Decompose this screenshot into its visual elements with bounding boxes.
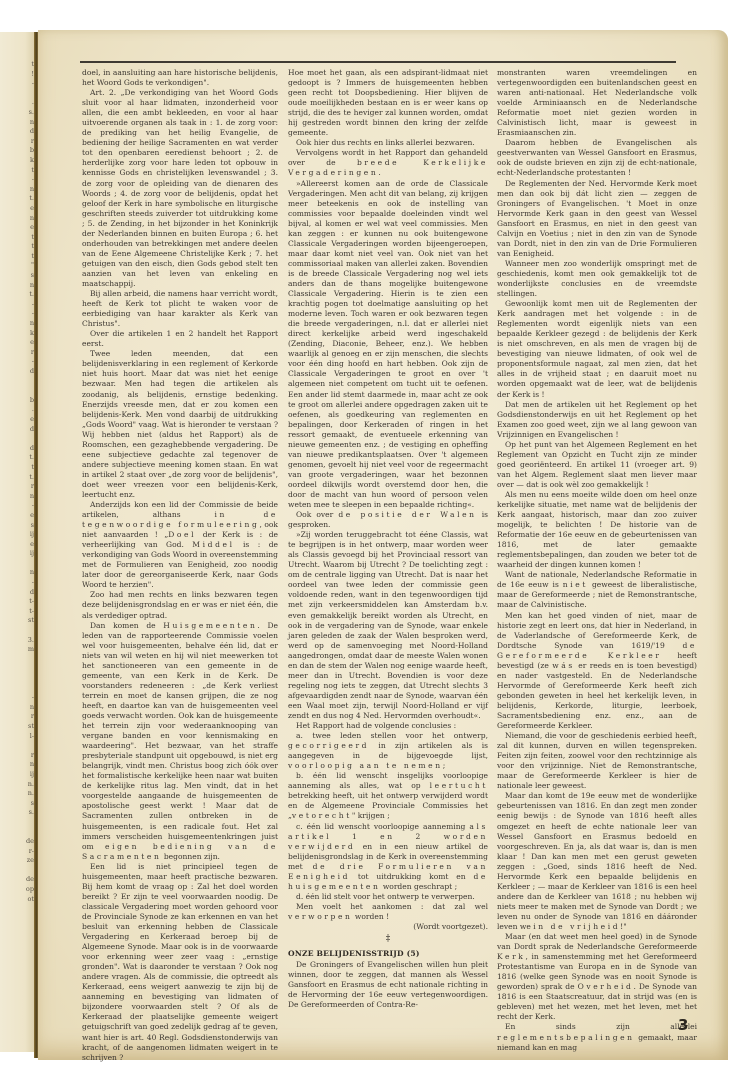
paragraph: Hoe moet het gaan, als een adspirant-lid… <box>288 68 488 138</box>
paragraph: Anderzijds kon een lid der Commissie de … <box>82 500 278 590</box>
paragraph: Ook over de positie der Walen is gesprok… <box>288 510 488 530</box>
text-run: ; <box>443 761 446 770</box>
paragraph: a. twee leden stellen voor het ontwerp, … <box>288 731 488 771</box>
text-run: Daarom hebben de Evangelischen als geest… <box>497 138 697 177</box>
text-run: Niemand, die voor de geschiedenis eerbie… <box>497 731 697 790</box>
spaced-emphasis: voorloopig aan te nemen <box>288 761 443 770</box>
text-run: d. één lid stelt voor het ontwerp te ver… <box>296 892 475 901</box>
page-number: 3 <box>678 1016 688 1034</box>
spaced-emphasis: in de vrijheid <box>533 922 620 931</box>
text-run: c. één lid wenscht voorloopige aanneming <box>296 822 469 831</box>
text-run: Gewoonlijk komt men uit de Reglementen d… <box>497 299 697 398</box>
spaced-emphasis: Huisgemeenten <box>163 621 257 630</box>
paragraph: Maar (en dat weet men heel goed) in de S… <box>497 932 697 1022</box>
text-run: " krijgen ; <box>352 811 390 820</box>
column-2-body: Hoe moet het gaan, als een adspirant-lid… <box>288 68 488 922</box>
text-run: Op het punt van het Algemeen Reglement e… <box>497 440 697 489</box>
paragraph: Niemand, die voor de geschiedenis eerbie… <box>497 731 697 791</box>
text-run: Als men nu eens moeite wilde doen om hee… <box>497 490 697 569</box>
text-run: er reeds en is toen bevestigd) en nader … <box>497 661 697 730</box>
paragraph: Zoo had men rechts en links bezwaren teg… <box>82 590 278 620</box>
spaced-emphasis: leertucht <box>430 781 488 790</box>
paragraph: b. één lid wenscht insgelijks voorloopig… <box>288 771 488 821</box>
text-run: Dan komen de <box>90 621 163 630</box>
text-run: Maar (en dat weet men heel goed) in de S… <box>497 932 697 951</box>
section-heading: ONZE BELIJDENISSTRIJD (5) <box>288 948 488 960</box>
facing-page-edge: t ! - . s. n d r b k t - n t. e n e t t … <box>0 32 36 1052</box>
text-run: worden ! <box>353 912 390 921</box>
paragraph: De Groningers of Evangelischen willen hu… <box>288 960 488 1010</box>
spaced-emphasis: gecorrigeerd <box>288 741 369 750</box>
text-run: Men kan het goed vinden of niet, maar de… <box>497 611 697 650</box>
spaced-emphasis: de positie der Walen <box>338 510 476 519</box>
paragraph: d. één lid stelt voor het ontwerp te ver… <box>288 892 488 902</box>
continued-note: (Wordt voortgezet). <box>288 922 488 932</box>
paragraph: En sinds zijn allerlei reglementsbepalin… <box>497 1022 697 1052</box>
text-run: . <box>378 168 380 177</box>
paragraph: c. één lid wenscht voorloopige aanneming… <box>288 822 488 892</box>
text-run: . De leden van de rapporteerende Commiss… <box>82 621 278 851</box>
text-run: Men voelt het aankomen : dat zal wel <box>296 902 488 911</box>
text-run: begonnen zijn. <box>161 852 220 861</box>
paragraph: Daarom hebben de Evangelischen als geest… <box>497 138 697 178</box>
facing-page-text-bleed: t ! - . s. n d r b k t - n t. e n e t t … <box>20 60 34 904</box>
column-1: doel, in aansluiting aan hare historisch… <box>82 68 278 1063</box>
column-3: monstranten waren vreemdelingen en verte… <box>497 68 697 1053</box>
text-run: Maar dan komt de 19e eeuw met de wonderl… <box>497 791 697 931</box>
spaced-emphasis: wás <box>552 661 575 670</box>
text-run: Wanneer men zoo wonderlijk omspringt met… <box>497 259 697 298</box>
spaced-emphasis: vetorecht <box>292 811 352 820</box>
text-run: Hoe moet het gaan, als een adspirant-lid… <box>288 68 488 137</box>
text-run: »Allereerst komen aan de orde de Classic… <box>288 179 488 510</box>
header-rule <box>80 61 676 63</box>
paragraph: De Reglementen der Ned. Hervormde Kerk m… <box>497 179 697 259</box>
text-run: monstranten waren vreemdelingen en verte… <box>497 68 697 137</box>
paragraph: Dan komen de Huisgemeenten. De leden van… <box>82 621 278 862</box>
text-run: Bij allen arbeid, die namens haar verric… <box>82 289 278 328</box>
text-run: tot uitdrukking komt en <box>350 872 473 881</box>
paragraph: Men voelt het aankomen : dat zal wel ver… <box>288 902 488 922</box>
paragraph: monstranten waren vreemdelingen en verte… <box>497 68 697 138</box>
paragraph: Twee leden meenden, dat een belijdenisve… <box>82 349 278 500</box>
paragraph: Gewoonlijk komt men uit de Reglementen d… <box>497 299 697 399</box>
text-run: En sinds zijn allerlei <box>505 1022 697 1031</box>
text-run: De Reglementen der Ned. Hervormde Kerk m… <box>497 179 697 258</box>
section-body: De Groningers of Evangelischen willen hu… <box>288 960 488 1010</box>
paragraph: Over die artikelen 1 en 2 handelt het Ra… <box>82 329 278 349</box>
paragraph: Bij allen arbeid, die namens haar verric… <box>82 289 278 329</box>
text-run: Dat men de artikelen uit het Reglement o… <box>497 400 697 439</box>
spaced-emphasis: Middel <box>192 540 234 549</box>
paragraph: doel, in aansluiting aan hare historisch… <box>82 68 278 88</box>
text-run: !" <box>620 922 627 931</box>
text-run: Het Rapport had de volgende conclusies : <box>296 721 456 730</box>
paragraph: Op het punt van het Algemeen Reglement e… <box>497 440 697 490</box>
paragraph: Wanneer men zoo wonderlijk omspringt met… <box>497 259 697 299</box>
text-run: Ook hier dus rechts en links allerlei be… <box>296 138 475 147</box>
paragraph: Maar dan komt de 19e eeuw met de wonderl… <box>497 791 697 932</box>
text-run: Twee leden meenden, dat een belijdenisve… <box>82 349 278 499</box>
paragraph: Een lid is niet principieel tegen de hui… <box>82 862 278 1063</box>
paragraph: Dat men de artikelen uit het Reglement o… <box>497 400 697 440</box>
paragraph: Het Rapport had de volgende conclusies : <box>288 721 488 731</box>
paragraph: Vervolgens wordt in het Rapport dan geha… <box>288 148 488 178</box>
paragraph: Als men nu eens moeite wilde doen om hee… <box>497 490 697 570</box>
text-run: Art. 2. „De verkondiging van het Woord G… <box>82 88 278 288</box>
spaced-emphasis: Doel <box>168 530 196 539</box>
spaced-emphasis: niet <box>563 580 588 589</box>
text-run: Een lid is niet principieel tegen de hui… <box>82 862 278 1062</box>
text-run: worden geschrapt ; <box>380 882 457 891</box>
paragraph: »Allereerst komen aan de orde de Classic… <box>288 179 488 511</box>
paragraph: »Zij worden teruggebracht tot ééne Class… <box>288 530 488 721</box>
text-run: De Groningers of Evangelischen willen hu… <box>288 960 488 1009</box>
paragraph: Art. 2. „De verkondiging van het Woord G… <box>82 88 278 289</box>
text-run: »Zij worden teruggebracht tot ééne Class… <box>288 530 488 720</box>
text-run: Ook over <box>296 510 338 519</box>
paragraph: Men kan het goed vinden of niet, maar de… <box>497 611 697 732</box>
text-run: Zoo had men rechts en links bezwaren teg… <box>82 590 278 619</box>
column-2: Hoe moet het gaan, als een adspirant-lid… <box>288 68 488 1010</box>
paragraph: Ook hier dus rechts en links allerlei be… <box>288 138 488 148</box>
text-run: doel, in aansluiting aan hare historisch… <box>82 68 278 87</box>
spaced-emphasis: Kerk <box>497 952 525 961</box>
paragraph: Want de nationale, Nederlandsche Reforma… <box>497 570 697 610</box>
section-divider-icon: ‡ <box>288 932 488 946</box>
spaced-emphasis: reglementsbepalingen <box>497 1033 635 1042</box>
spaced-emphasis: Overheid <box>578 982 634 991</box>
spaced-emphasis: verworpen <box>288 912 353 921</box>
text-run: Over die artikelen 1 en 2 handelt het Ra… <box>82 329 278 348</box>
text-run: a. twee leden stellen voor het ontwerp, <box>296 731 488 740</box>
